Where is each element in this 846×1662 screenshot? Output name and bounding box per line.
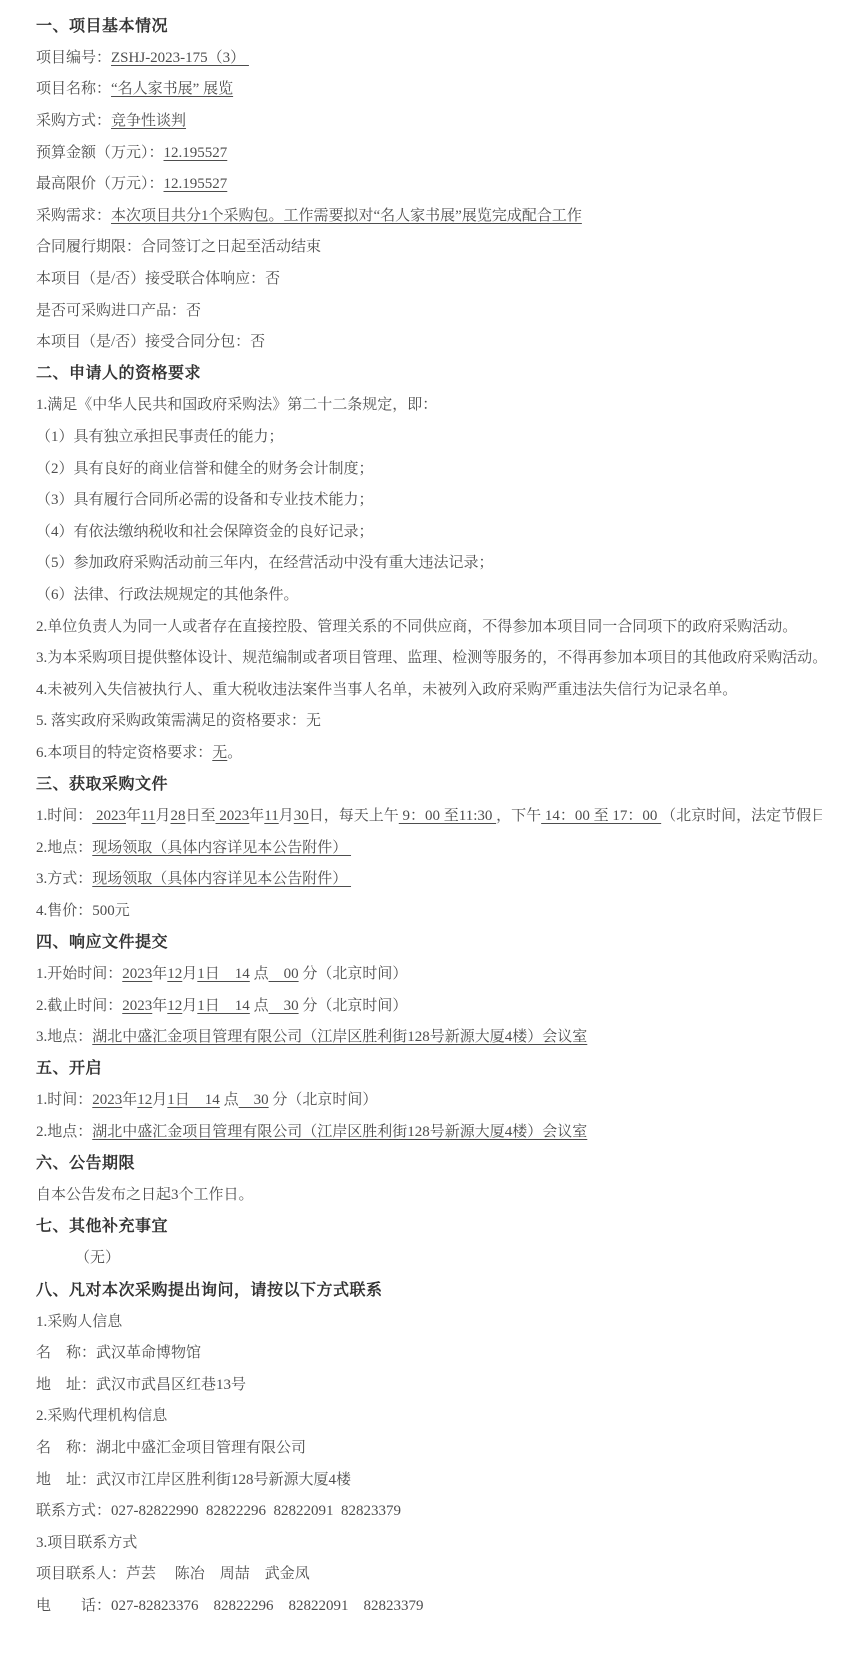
underlined-field-value: 现场领取（具体内容详见本公告附件） xyxy=(92,872,351,887)
doc-line: 3.项目联系方式 xyxy=(36,1528,822,1560)
underlined-field-value: 30 xyxy=(239,1093,269,1108)
underlined-field-value: 30 xyxy=(294,809,309,824)
doc-line: 地 址：武汉市江岸区胜利街128号新源大厦4楼 xyxy=(36,1464,822,1496)
text-segment: 一、项目基本情况 xyxy=(36,19,168,35)
text-segment: 分（北京时间） xyxy=(299,999,408,1014)
text-segment: （4）有依法缴纳税收和社会保障资金的良好记录； xyxy=(36,525,374,540)
underlined-field-value: 2023 xyxy=(92,809,126,824)
text-segment: 2.采购代理机构信息 xyxy=(36,1409,167,1424)
text-segment: 2.地点： xyxy=(36,1125,92,1140)
underlined-field-value: 2023 xyxy=(122,967,152,982)
doc-line: 是否可采购进口产品：否 xyxy=(36,295,822,327)
doc-line: 5. 落实政府采购政策需满足的资格要求：无 xyxy=(36,706,822,738)
text-segment: （3）具有履行合同所必需的设备和专业技术能力； xyxy=(36,493,374,508)
underlined-field-value: 12 xyxy=(137,1093,152,1108)
underlined-field-value: 2023 xyxy=(122,999,152,1014)
text-segment: 月 xyxy=(155,809,170,824)
doc-line: 项目编号：ZSHJ-2023-175（3） xyxy=(36,43,822,75)
text-segment: 月 xyxy=(182,967,197,982)
doc-line: 1.采购人信息 xyxy=(36,1306,822,1338)
underlined-field-value: 湖北中盛汇金项目管理有限公司（江岸区胜利街128号新源大厦4楼）会议室 xyxy=(92,1030,587,1045)
text-segment: 1.时间： xyxy=(36,809,92,824)
doc-line: 地 址：武汉市武昌区红巷13号 xyxy=(36,1370,822,1402)
text-segment: 采购方式： xyxy=(36,114,111,129)
text-segment: 二、申请人的资格要求 xyxy=(36,366,201,382)
section-heading: 三、获取采购文件 xyxy=(36,769,822,801)
doc-line: 1.时间：2023年12月1日 14 点 30 分（北京时间） xyxy=(36,1085,822,1117)
underlined-field-value: 1日 14 xyxy=(197,999,250,1014)
text-segment: 2.地点： xyxy=(36,841,92,856)
text-segment: 本项目（是/否）接受合同分包：否 xyxy=(36,335,265,350)
text-segment: 六、公告期限 xyxy=(36,1156,135,1172)
text-segment: 月 xyxy=(152,1093,167,1108)
doc-line: 合同履行期限：合同签订之日起至活动结束 xyxy=(36,232,822,264)
doc-line: 名 称：武汉革命博物馆 xyxy=(36,1338,822,1370)
doc-line: 本项目（是/否）接受联合体响应：否 xyxy=(36,264,822,296)
doc-line: （3）具有履行合同所必需的设备和专业技术能力； xyxy=(36,485,822,517)
text-segment: 合同履行期限：合同签订之日起至活动结束 xyxy=(36,240,321,255)
text-segment: 电 话：027-82823376 82822296 82822091 82823… xyxy=(36,1599,424,1614)
doc-line: 1.满足《中华人民共和国政府采购法》第二十二条规定，即： xyxy=(36,390,822,422)
text-segment: （无） xyxy=(75,1251,120,1266)
text-segment: 预算金额（万元）： xyxy=(36,146,164,161)
doc-line: 名 称：湖北中盛汇金项目管理有限公司 xyxy=(36,1433,822,1465)
text-segment: 联系方式：027-82822990 82822296 82822091 8282… xyxy=(36,1504,401,1519)
doc-line: 1.开始时间：2023年12月1日 14 点 00 分（北京时间） xyxy=(36,959,822,991)
underlined-field-value: 00 xyxy=(269,967,299,982)
doc-line: 6.本项目的特定资格要求：无。 xyxy=(36,738,822,770)
doc-line: （5）参加政府采购活动前三年内，在经营活动中没有重大违法记录； xyxy=(36,548,822,580)
text-segment: 是否可采购进口产品：否 xyxy=(36,304,201,319)
doc-line: 采购方式：竞争性谈判 xyxy=(36,106,822,138)
text-segment: ，下午 xyxy=(496,809,541,824)
text-segment: 项目联系人：芦芸 陈冶 周喆 武金凤 xyxy=(36,1567,310,1582)
doc-line: （6）法律、行政法规规定的其他条件。 xyxy=(36,580,822,612)
text-segment: 1.采购人信息 xyxy=(36,1315,122,1330)
text-segment: 4.售价：500元 xyxy=(36,904,130,919)
text-segment: 点 xyxy=(250,967,269,982)
text-segment: 日，每天上午 xyxy=(309,809,399,824)
text-segment: 月 xyxy=(279,809,294,824)
underlined-field-value: 本次项目共分1个采购包。工作需要拟对“名人家书展”展览完成配合工作 xyxy=(111,209,582,224)
doc-line: 3.方式：现场领取（具体内容详见本公告附件） xyxy=(36,864,822,896)
text-segment: 2.单位负责人为同一人或者存在直接控股、管理关系的不同供应商，不得参加本项目同一… xyxy=(36,620,797,635)
text-segment: 采购需求： xyxy=(36,209,111,224)
text-segment: 4.未被列入失信被执行人、重大税收违法案件当事人名单，未被列入政府采购严重违法失… xyxy=(36,683,737,698)
text-segment: （北京时间，法定节假日除外） xyxy=(661,809,822,824)
doc-line: 2.地点：现场领取（具体内容详见本公告附件） xyxy=(36,832,822,864)
text-segment: 点 xyxy=(250,999,269,1014)
doc-line: （4）有依法缴纳税收和社会保障资金的良好记录； xyxy=(36,517,822,549)
underlined-field-value: “名人家书展” 展览 xyxy=(111,82,233,97)
text-segment: （2）具有良好的商业信誉和健全的财务会计制度； xyxy=(36,462,374,477)
text-segment: （5）参加政府采购活动前三年内，在经营活动中没有重大违法记录； xyxy=(36,556,494,571)
doc-line: 本项目（是/否）接受合同分包：否 xyxy=(36,327,822,359)
text-segment: 五、开启 xyxy=(36,1061,102,1077)
doc-line: （1）具有独立承担民事责任的能力； xyxy=(36,422,822,454)
text-segment: 1.满足《中华人民共和国政府采购法》第二十二条规定，即： xyxy=(36,398,437,413)
doc-line: 项目联系人：芦芸 陈冶 周喆 武金凤 xyxy=(36,1559,822,1591)
doc-line: 2.单位负责人为同一人或者存在直接控股、管理关系的不同供应商，不得参加本项目同一… xyxy=(36,611,822,643)
doc-line: （2）具有良好的商业信誉和健全的财务会计制度； xyxy=(36,453,822,485)
underlined-field-value: 30 xyxy=(269,999,299,1014)
text-segment: 分（北京时间） xyxy=(299,967,408,982)
doc-line: 预算金额（万元）：12.195527 xyxy=(36,137,822,169)
underlined-field-value: 12 xyxy=(167,967,182,982)
doc-line: 项目名称：“名人家书展” 展览 xyxy=(36,74,822,106)
underlined-field-value: 12 xyxy=(167,999,182,1014)
text-segment: 3.方式： xyxy=(36,872,92,887)
text-segment: 。 xyxy=(227,746,242,761)
text-segment: 自本公告发布之日起3个工作日。 xyxy=(36,1188,254,1203)
section-heading: 七、其他补充事宜 xyxy=(36,1212,822,1244)
underlined-field-value: 湖北中盛汇金项目管理有限公司（江岸区胜利街128号新源大厦4楼）会议室 xyxy=(92,1125,587,1140)
underlined-field-value: 现场领取（具体内容详见本公告附件） xyxy=(92,841,351,856)
doc-line: 采购需求：本次项目共分1个采购包。工作需要拟对“名人家书展”展览完成配合工作 xyxy=(36,201,822,233)
underlined-field-value: 2023 xyxy=(92,1093,122,1108)
section-heading: 八、凡对本次采购提出询问，请按以下方式联系 xyxy=(36,1275,822,1307)
text-segment: 5. 落实政府采购政策需满足的资格要求：无 xyxy=(36,714,321,729)
text-segment: （6）法律、行政法规规定的其他条件。 xyxy=(36,588,299,603)
text-segment: 月 xyxy=(182,999,197,1014)
underlined-field-value: ZSHJ-2023-175（3） xyxy=(111,51,249,66)
underlined-field-value: 1日 14 xyxy=(167,1093,220,1108)
doc-line: 4.售价：500元 xyxy=(36,896,822,928)
doc-line: 3.地点：湖北中盛汇金项目管理有限公司（江岸区胜利街128号新源大厦4楼）会议室 xyxy=(36,1022,822,1054)
text-segment: 年 xyxy=(152,999,167,1014)
doc-line: 3.为本采购项目提供整体设计、规范编制或者项目管理、监理、检测等服务的，不得再参… xyxy=(36,643,822,675)
text-segment: 八、凡对本次采购提出询问，请按以下方式联系 xyxy=(36,1283,383,1299)
text-segment: 名 称：湖北中盛汇金项目管理有限公司 xyxy=(36,1441,306,1456)
text-segment: 2.截止时间： xyxy=(36,999,122,1014)
underlined-field-value: 12.195527 xyxy=(164,177,228,192)
text-segment: 四、响应文件提交 xyxy=(36,935,168,951)
doc-line: 2.地点：湖北中盛汇金项目管理有限公司（江岸区胜利街128号新源大厦4楼）会议室 xyxy=(36,1117,822,1149)
text-segment: 项目名称： xyxy=(36,82,111,97)
text-segment: 地 址：武汉市江岸区胜利街128号新源大厦4楼 xyxy=(36,1473,351,1488)
text-segment: 年 xyxy=(122,1093,137,1108)
doc-line: 电 话：027-82823376 82822296 82822091 82823… xyxy=(36,1591,822,1623)
text-segment: 年 xyxy=(126,809,141,824)
doc-line: 自本公告发布之日起3个工作日。 xyxy=(36,1180,822,1212)
doc-line: 2.截止时间：2023年12月1日 14 点 30 分（北京时间） xyxy=(36,990,822,1022)
text-segment: 1.时间： xyxy=(36,1093,92,1108)
underlined-field-value: 1日 14 xyxy=(197,967,250,982)
text-segment: 分（北京时间） xyxy=(269,1093,378,1108)
text-segment: （1）具有独立承担民事责任的能力； xyxy=(36,430,284,445)
underlined-field-value: 28 xyxy=(171,809,186,824)
text-segment: 名 称：武汉革命博物馆 xyxy=(36,1346,201,1361)
text-segment: 3.地点： xyxy=(36,1030,92,1045)
underlined-field-value: 2023 xyxy=(216,809,250,824)
text-segment: 点 xyxy=(220,1093,239,1108)
text-segment: 1.开始时间： xyxy=(36,967,122,982)
text-segment: 三、获取采购文件 xyxy=(36,777,168,793)
text-segment: 3.项目联系方式 xyxy=(36,1536,137,1551)
section-heading: 一、项目基本情况 xyxy=(36,11,822,43)
text-segment: 年 xyxy=(249,809,264,824)
doc-line: 1.时间： 2023年11月28日至 2023年11月30日，每天上午 9：00… xyxy=(36,801,822,833)
procurement-announcement-document: 一、项目基本情况项目编号：ZSHJ-2023-175（3） 项目名称：“名人家书… xyxy=(0,0,846,1662)
section-heading: 四、响应文件提交 xyxy=(36,927,822,959)
doc-line: 2.采购代理机构信息 xyxy=(36,1401,822,1433)
doc-line: 联系方式：027-82822990 82822296 82822091 8282… xyxy=(36,1496,822,1528)
underlined-field-value: 竞争性谈判 xyxy=(111,114,186,129)
doc-line: 最高限价（万元）：12.195527 xyxy=(36,169,822,201)
text-segment: 项目编号： xyxy=(36,51,111,66)
section-heading: 六、公告期限 xyxy=(36,1148,822,1180)
text-segment: 地 址：武汉市武昌区红巷13号 xyxy=(36,1378,246,1393)
underlined-field-value: 14：00 至 17：00 xyxy=(541,809,661,824)
doc-line: （无） xyxy=(36,1243,822,1275)
section-heading: 二、申请人的资格要求 xyxy=(36,359,822,391)
text-segment: 本项目（是/否）接受联合体响应：否 xyxy=(36,272,280,287)
section-heading: 五、开启 xyxy=(36,1054,822,1086)
text-segment: 最高限价（万元）： xyxy=(36,177,164,192)
underlined-field-value: 9：00 至11:30 xyxy=(399,809,496,824)
text-segment: 3.为本采购项目提供整体设计、规范编制或者项目管理、监理、检测等服务的，不得再参… xyxy=(36,651,822,666)
underlined-field-value: 12.195527 xyxy=(164,146,228,161)
text-segment: 年 xyxy=(152,967,167,982)
doc-line: 4.未被列入失信被执行人、重大税收违法案件当事人名单，未被列入政府采购严重违法失… xyxy=(36,674,822,706)
underlined-field-value: 11 xyxy=(141,809,155,824)
underlined-field-value: 11 xyxy=(264,809,278,824)
text-segment: 七、其他补充事宜 xyxy=(36,1219,168,1235)
text-segment: 6.本项目的特定资格要求： xyxy=(36,746,212,761)
text-segment: 日至 xyxy=(186,809,216,824)
underlined-field-value: 无 xyxy=(212,746,227,761)
